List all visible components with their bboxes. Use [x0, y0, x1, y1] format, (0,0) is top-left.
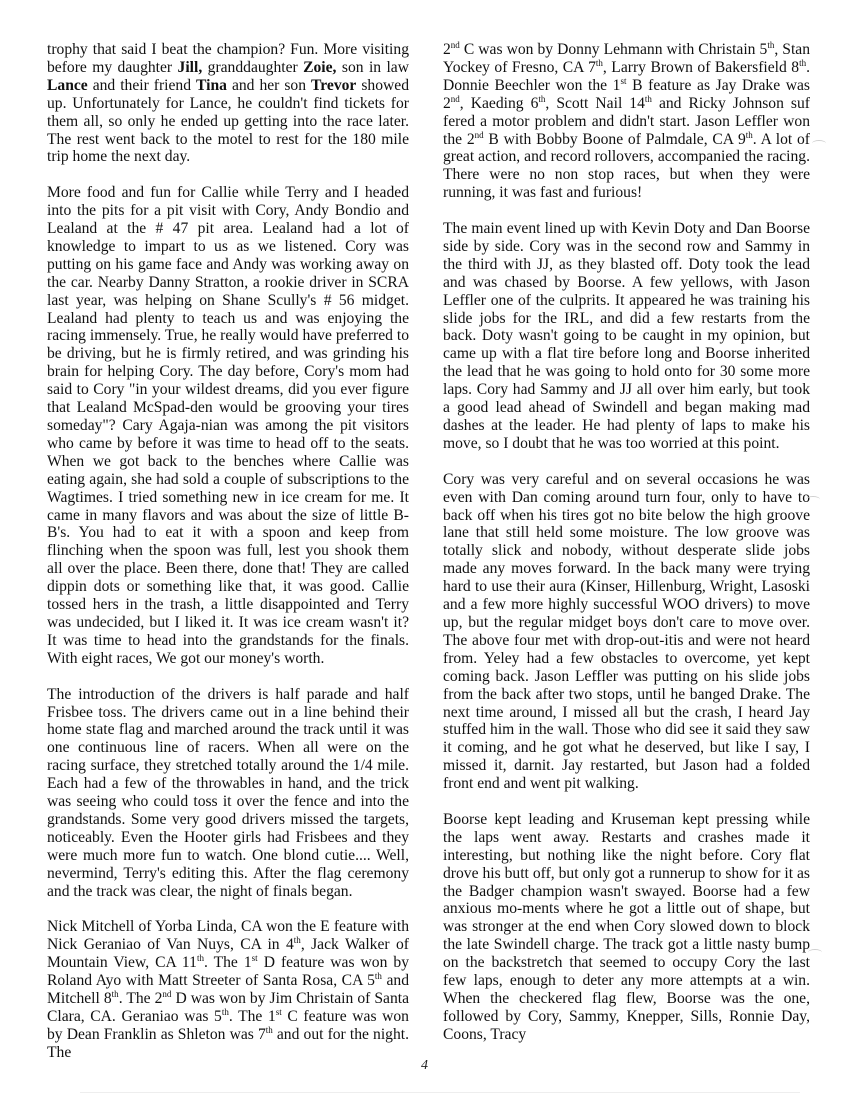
scan-artifact-mark — [812, 140, 826, 147]
right-column: 2nd C was won by Donny Lehmann with Chri… — [443, 41, 810, 1044]
ordinal-suffix: th — [266, 1025, 273, 1035]
ordinal-suffix: th — [222, 1007, 229, 1017]
paragraph-driver-introduction: The introduction of the drivers is half … — [47, 686, 409, 901]
text-run: and their friend — [88, 77, 196, 94]
name-zoie: Zoie, — [303, 59, 336, 76]
scan-edge-line — [80, 1092, 800, 1093]
text-run: son in law — [336, 59, 409, 76]
text-run: , Larry Brown of Bakersfield 8 — [603, 59, 799, 76]
scanned-page: trophy that said I beat the champion? Fu… — [0, 0, 850, 1100]
paragraph-pit-visit: More food and fun for Callie while Terry… — [47, 184, 409, 667]
ordinal-suffix: nd — [451, 94, 460, 104]
paragraph-family-visit: trophy that said I beat the champion? Fu… — [47, 41, 409, 166]
ordinal-suffix: th — [596, 58, 603, 68]
text-run: granddaughter — [202, 59, 303, 76]
ordinal-suffix: nd — [451, 40, 460, 50]
text-run: B with Bobby Boone of Palmdale, CA 9 — [484, 131, 746, 148]
ordinal-suffix: th — [645, 94, 652, 104]
ordinal-suffix: th — [746, 130, 753, 140]
ordinal-suffix: th — [294, 935, 301, 945]
text-run: , Scott Nail 14 — [545, 95, 645, 112]
text-run: 2 — [443, 41, 451, 58]
scan-artifact-mark — [808, 949, 822, 956]
scan-artifact-mark — [806, 496, 820, 503]
paragraph-feature-results: Nick Mitchell of Yorba Linda, CA won the… — [47, 918, 409, 1061]
text-run: . The 1 — [204, 954, 252, 971]
ordinal-suffix: th — [112, 989, 119, 999]
name-tina: Tina — [196, 77, 227, 94]
name-lance: Lance — [47, 77, 88, 94]
name-jill: Jill, — [178, 59, 203, 76]
paragraph-main-event-finish: Boorse kept leading and Kruseman kept pr… — [443, 811, 810, 1044]
paragraph-b-c-feature-results: 2nd C was won by Donny Lehmann with Chri… — [443, 41, 810, 202]
paragraph-main-event-middle: Cory was very careful and on several occ… — [443, 471, 810, 793]
left-column: trophy that said I beat the champion? Fu… — [47, 41, 409, 1062]
page-number: 4 — [421, 1058, 428, 1074]
ordinal-suffix: th — [197, 953, 204, 963]
ordinal-suffix: th — [375, 971, 382, 981]
ordinal-suffix: nd — [475, 130, 484, 140]
text-run: and her son — [227, 77, 311, 94]
text-run: C was won by Donny Lehmann with Christai… — [460, 41, 768, 58]
text-run: , Kaeding 6 — [460, 95, 539, 112]
text-run: . The 1 — [229, 1008, 276, 1025]
name-trevor: Trevor — [311, 77, 356, 94]
text-run: . The 2 — [119, 990, 163, 1007]
paragraph-main-event-start: The main event lined up with Kevin Doty … — [443, 220, 810, 453]
